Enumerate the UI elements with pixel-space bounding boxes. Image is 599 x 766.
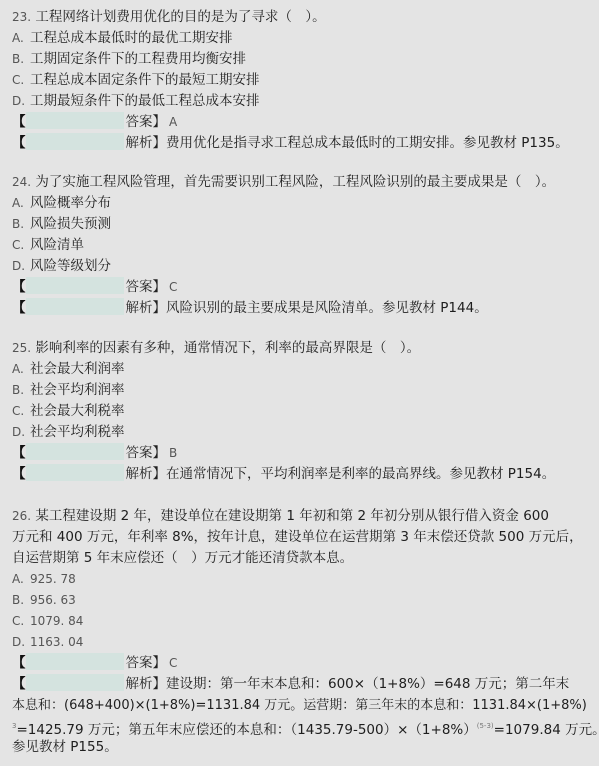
option-text: 工期最短条件下的最低工程总成本安排 xyxy=(30,93,260,109)
open-bracket: 【 xyxy=(12,135,26,151)
question-number: 24. xyxy=(12,175,31,189)
question-stem: 23. 工程网络计划费用优化的目的是为了寻求（ ）。 xyxy=(12,7,592,28)
option-d: D.社会平均利税率 xyxy=(12,422,592,443)
question-stem: 25. 影响利率的因素有多种，通常情况下，利率的最高界限是（ ）。 xyxy=(12,338,592,359)
answer-value: B xyxy=(169,446,177,460)
option-b: B.风险损失预测 xyxy=(12,214,592,235)
option-text: 925. 78 xyxy=(30,572,76,586)
answer-label: 答案】 xyxy=(126,445,167,461)
question-text: 自运营期第 5 年末应偿还（ ）万元才能还清贷款本息。 xyxy=(12,550,353,566)
explanation-line-2: 本息和：(648+400)×(1+8%)=1131.84 万元。运营期：第三年末… xyxy=(12,695,592,716)
answer-line: 【答案】C xyxy=(12,277,592,298)
explanation-text: 建设期：第一年末本息和：600×（1+8%）=648 万元；第二年末 xyxy=(166,676,569,692)
question-number: 23. xyxy=(12,10,31,24)
option-text: 风险清单 xyxy=(30,237,84,253)
answer-label: 答案】 xyxy=(126,114,167,130)
open-bracket: 【 xyxy=(12,300,26,316)
option-text: 工程总成本最低时的最优工期安排 xyxy=(30,30,233,46)
answer-label: 答案】 xyxy=(126,655,167,671)
option-letter: B. xyxy=(12,380,30,401)
question-stem-line-3: 自运营期第 5 年末应偿还（ ）万元才能还清贷款本息。 xyxy=(12,548,592,569)
question-26: 26. 某工程建设期 2 年，建设单位在建设期第 1 年初和第 2 年初分别从银… xyxy=(12,506,592,758)
option-text: 工期固定条件下的工程费用均衡安排 xyxy=(30,51,246,67)
option-b: B.956. 63 xyxy=(12,590,592,611)
open-bracket: 【 xyxy=(12,279,26,295)
answer-value: C xyxy=(169,280,177,294)
option-text: 工程总成本固定条件下的最短工期安排 xyxy=(30,72,260,88)
answer-value: C xyxy=(169,656,177,670)
explanation-line-3: 3=1425.79 万元；第五年末应偿还的本息和：（1435.79-500）×（… xyxy=(12,716,592,737)
question-25: 25. 影响利率的因素有多种，通常情况下，利率的最高界限是（ ）。 A.社会最大… xyxy=(12,338,592,485)
explanation-text: 本息和：(648+400)×(1+8%)=1131.84 万元。运营期：第三年末… xyxy=(12,698,587,713)
question-text: 万元和 400 万元，年利率 8%，按年计息，建设单位在运营期第 3 年末偿还贷… xyxy=(12,529,583,545)
answer-line: 【答案】B xyxy=(12,443,592,464)
option-letter: B. xyxy=(12,214,30,235)
option-text: 社会最大利润率 xyxy=(30,361,125,377)
option-text: 956. 63 xyxy=(30,593,76,607)
explanation-text: 风险识别的最主要成果是风险清单。参见教材 P144。 xyxy=(166,300,488,316)
explanation-label: 解析】 xyxy=(126,300,167,316)
option-a: A.风险概率分布 xyxy=(12,193,592,214)
option-text: 1163. 04 xyxy=(30,635,83,649)
exponent: (5-3) xyxy=(477,722,494,730)
open-bracket: 【 xyxy=(12,114,26,130)
option-letter: D. xyxy=(12,422,30,443)
redaction-box xyxy=(26,674,124,691)
redaction-box xyxy=(26,464,124,481)
redaction-box xyxy=(26,277,124,294)
option-c: C.社会最大利税率 xyxy=(12,401,592,422)
question-stem-line-2: 万元和 400 万元，年利率 8%，按年计息，建设单位在运营期第 3 年末偿还贷… xyxy=(12,527,592,548)
explanation-text: 参见教材 P155。 xyxy=(12,739,118,755)
open-bracket: 【 xyxy=(12,466,26,482)
option-d: D.工期最短条件下的最低工程总成本安排 xyxy=(12,91,592,112)
option-letter: C. xyxy=(12,235,30,256)
option-letter: A. xyxy=(12,359,30,380)
explanation-line-4: 参见教材 P155。 xyxy=(12,737,592,758)
option-letter: D. xyxy=(12,91,30,112)
explanation-label: 解析】 xyxy=(126,466,167,482)
option-a: A.工程总成本最低时的最优工期安排 xyxy=(12,28,592,49)
option-d: D.风险等级划分 xyxy=(12,256,592,277)
question-stem-line-1: 26. 某工程建设期 2 年，建设单位在建设期第 1 年初和第 2 年初分别从银… xyxy=(12,506,592,527)
question-stem: 24. 为了实施工程风险管理，首先需要识别工程风险，工程风险识别的最主要成果是（… xyxy=(12,172,592,193)
option-letter: D. xyxy=(12,632,30,653)
option-letter: D. xyxy=(12,256,30,277)
redaction-box xyxy=(26,112,124,129)
option-b: B.社会平均利润率 xyxy=(12,380,592,401)
option-a: A.社会最大利润率 xyxy=(12,359,592,380)
option-a: A.925. 78 xyxy=(12,569,592,590)
option-text: 社会最大利税率 xyxy=(30,403,125,419)
explanation-label: 解析】 xyxy=(126,676,167,692)
exam-page: 23. 工程网络计划费用优化的目的是为了寻求（ ）。 A.工程总成本最低时的最优… xyxy=(0,0,599,766)
question-number: 26. xyxy=(12,509,31,523)
option-text: 风险损失预测 xyxy=(30,216,111,232)
open-bracket: 【 xyxy=(12,655,26,671)
option-text: 社会平均利税率 xyxy=(30,424,125,440)
answer-value: A xyxy=(169,115,177,129)
question-23: 23. 工程网络计划费用优化的目的是为了寻求（ ）。 A.工程总成本最低时的最优… xyxy=(12,7,592,154)
answer-line: 【答案】A xyxy=(12,112,592,133)
explanation-label: 解析】 xyxy=(126,135,167,151)
option-letter: A. xyxy=(12,28,30,49)
question-text: 为了实施工程风险管理，首先需要识别工程风险，工程风险识别的最主要成果是（ ）。 xyxy=(35,174,555,190)
question-text: 影响利率的因素有多种，通常情况下，利率的最高界限是（ ）。 xyxy=(35,340,420,356)
option-d: D.1163. 04 xyxy=(12,632,592,653)
explanation-line: 【解析】风险识别的最主要成果是风险清单。参见教材 P144。 xyxy=(12,298,592,319)
option-letter: B. xyxy=(12,49,30,70)
explanation-line-1: 【解析】建设期：第一年末本息和：600×（1+8%）=648 万元；第二年末 xyxy=(12,674,592,695)
option-letter: C. xyxy=(12,611,30,632)
option-letter: C. xyxy=(12,401,30,422)
question-text: 某工程建设期 2 年，建设单位在建设期第 1 年初和第 2 年初分别从银行借入资… xyxy=(35,508,549,524)
option-text: 风险等级划分 xyxy=(30,258,111,274)
redaction-box xyxy=(26,298,124,315)
answer-line: 【答案】C xyxy=(12,653,592,674)
explanation-line: 【解析】在通常情况下，平均利润率是利率的最高界线。参见教材 P154。 xyxy=(12,464,592,485)
question-number: 25. xyxy=(12,341,31,355)
question-24: 24. 为了实施工程风险管理，首先需要识别工程风险，工程风险识别的最主要成果是（… xyxy=(12,172,592,319)
option-b: B.工期固定条件下的工程费用均衡安排 xyxy=(12,49,592,70)
explanation-line: 【解析】费用优化是指寻求工程总成本最低时的工期安排。参见教材 P135。 xyxy=(12,133,592,154)
option-text: 1079. 84 xyxy=(30,614,83,628)
redaction-box xyxy=(26,653,124,670)
option-letter: C. xyxy=(12,70,30,91)
answer-label: 答案】 xyxy=(126,279,167,295)
explanation-text: =1425.79 万元；第五年末应偿还的本息和：（1435.79-500）×（1… xyxy=(16,722,476,738)
explanation-text: =1079.84 万元。 xyxy=(494,722,599,738)
option-c: C.风险清单 xyxy=(12,235,592,256)
explanation-text: 在通常情况下，平均利润率是利率的最高界线。参见教材 P154。 xyxy=(166,466,555,482)
option-text: 社会平均利润率 xyxy=(30,382,125,398)
explanation-text: 费用优化是指寻求工程总成本最低时的工期安排。参见教材 P135。 xyxy=(166,135,569,151)
redaction-box xyxy=(26,443,124,460)
open-bracket: 【 xyxy=(12,676,26,692)
option-letter: B. xyxy=(12,590,30,611)
question-text: 工程网络计划费用优化的目的是为了寻求（ ）。 xyxy=(35,9,325,25)
option-text: 风险概率分布 xyxy=(30,195,111,211)
option-letter: A. xyxy=(12,569,30,590)
redaction-box xyxy=(26,133,124,150)
open-bracket: 【 xyxy=(12,445,26,461)
option-c: C.工程总成本固定条件下的最短工期安排 xyxy=(12,70,592,91)
option-c: C.1079. 84 xyxy=(12,611,592,632)
option-letter: A. xyxy=(12,193,30,214)
